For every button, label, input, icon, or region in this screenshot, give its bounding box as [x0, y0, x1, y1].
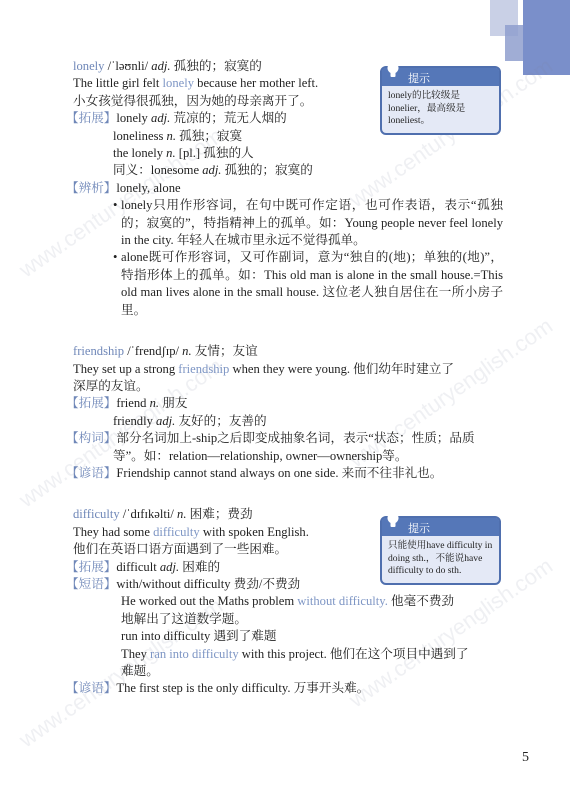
part-of-speech: n.: [167, 129, 176, 143]
meaning: [pl.] 孤独的人: [179, 146, 254, 160]
phrase-text: with/without difficulty 费劲/不费劲: [116, 577, 300, 591]
proverb-label: 【谚语】: [66, 681, 116, 695]
example-text: with this project. 他们在这个项目中遇到了: [239, 647, 469, 661]
example-text: He worked out the Maths problem: [121, 594, 297, 608]
extension-line: the lonely n. [pl.] 孤独的人: [73, 145, 503, 162]
extension-label: 【拓展】: [66, 111, 116, 125]
part-of-speech: n.: [177, 507, 186, 521]
tip-title: 提示: [408, 520, 430, 536]
highlighted-word: lonely: [163, 76, 194, 90]
headword: lonely: [73, 59, 104, 73]
analysis-label: 【辨析】: [66, 181, 116, 195]
extension-line: 同义：lonesome adj. 孤独的；寂寞的: [73, 162, 503, 179]
proverb-line: 【谚语】Friendship cannot stand always on on…: [73, 465, 503, 482]
page-number: 5: [522, 750, 529, 766]
analysis-heading: lonely, alone: [116, 181, 180, 195]
analysis-line: 【辨析】lonely, alone: [73, 180, 503, 197]
example-text: 他毫不费劲: [388, 594, 454, 608]
extension-line: friendly adj. 友好的；友善的: [73, 413, 503, 430]
ext-word: friendly: [113, 414, 153, 428]
part-of-speech: adj.: [156, 414, 175, 428]
phrase-example: They ran into difficulty with this proje…: [73, 646, 503, 663]
pronunciation: /ˈfrendʃɪp/: [127, 344, 179, 358]
headword: difficulty: [73, 507, 120, 521]
ext-word: friend: [116, 396, 146, 410]
formation-line: 【构词】部分名词加上-ship之后即变成抽象名词，表示“状态；性质；品质: [73, 430, 503, 447]
meaning: 荒凉的；荒无人烟的: [173, 111, 286, 125]
ext-word: the lonely: [113, 146, 163, 160]
phrase-example: 地解出了这道数学题。: [73, 611, 503, 628]
headword: friendship: [73, 344, 124, 358]
meaning: 孤独的；寂寞的: [225, 163, 313, 177]
example-text: when they were young. 他们幼年时建立了: [229, 362, 454, 376]
tip-box: 提示 只能使用have difficulty in doing sth.，不能说…: [380, 516, 501, 585]
part-of-speech: n.: [150, 396, 159, 410]
tip-title: 提示: [408, 70, 430, 86]
lightbulb-icon: [386, 62, 400, 79]
extension-line: 【拓展】friend n. 朋友: [73, 395, 503, 412]
ext-word: 同义：lonesome: [113, 163, 199, 177]
phrase-label: 【短语】: [66, 577, 116, 591]
extension-label: 【拓展】: [66, 560, 116, 574]
highlighted-phrase: ran into difficulty: [150, 647, 239, 661]
meaning: 困难；费劲: [190, 507, 253, 521]
meaning: 孤独的；寂寞的: [174, 59, 262, 73]
meaning: 孤独；寂寞: [179, 129, 242, 143]
example-text: They set up a strong: [73, 362, 178, 376]
phrase-example: He worked out the Maths problem without …: [73, 593, 503, 610]
example-text: They: [121, 647, 150, 661]
proverb-label: 【谚语】: [66, 466, 116, 480]
highlighted-word: difficulty: [153, 525, 200, 539]
example-text: The little girl felt: [73, 76, 163, 90]
part-of-speech: adj.: [151, 111, 170, 125]
part-of-speech: adj.: [202, 163, 221, 177]
example-text: with spoken English.: [200, 525, 309, 539]
example-text: because her mother left.: [194, 76, 318, 90]
part-of-speech: adj.: [160, 560, 179, 574]
proverb-line: 【谚语】The first step is the only difficult…: [73, 680, 503, 697]
example-sentence: They set up a strong friendship when the…: [73, 361, 503, 378]
proverb-text: The first step is the only difficulty. 万…: [116, 681, 369, 695]
part-of-speech: n.: [182, 344, 191, 358]
example-translation: 深厚的友谊。: [73, 378, 503, 395]
tip-text: lonely的比较级是lonelier，最高级是loneliest。: [382, 86, 499, 133]
analysis-bullet: •alone既可作形容词，又可作副词，意为“独自的(地)；单独的(地)”，特指形…: [73, 249, 503, 319]
tip-text: 只能使用have difficulty in doing sth.，不能说hav…: [382, 536, 499, 583]
pronunciation: /ˈdɪfɪkəlti/: [123, 507, 174, 521]
ext-word: loneliness: [113, 129, 163, 143]
proverb-text: Friendship cannot stand always on one si…: [116, 466, 442, 480]
analysis-text: alone既可作形容词，又可作副词，意为“独自的(地)；单独的(地)”，特指形体…: [121, 250, 503, 316]
meaning: 朋友: [162, 396, 187, 410]
formation-line: 等”。如：relation—relationship, owner—owners…: [73, 448, 503, 465]
formation-text: 部分名词加上-ship之后即变成抽象名词，表示“状态；性质；品质: [116, 431, 474, 445]
analysis-text: lonely只用作形容词，在句中既可作定语，也可作表语，表示“孤独的；寂寞的”，…: [121, 198, 503, 247]
meaning: 友情；友谊: [195, 344, 258, 358]
example-text: They had some: [73, 525, 153, 539]
extension-label: 【拓展】: [66, 396, 116, 410]
pronunciation: /ˈləʊnli/: [108, 59, 149, 73]
highlighted-phrase: without difficulty.: [297, 594, 388, 608]
meaning: 困难的: [182, 560, 220, 574]
part-of-speech: n.: [166, 146, 175, 160]
meaning: 友好的；友善的: [178, 414, 266, 428]
lightbulb-icon: [386, 512, 400, 529]
bullet-icon: •: [113, 249, 121, 266]
tip-header: 提示: [382, 518, 499, 536]
analysis-bullet: •lonely只用作形容词，在句中既可作定语，也可作表语，表示“孤独的；寂寞的”…: [73, 197, 503, 249]
bullet-icon: •: [113, 197, 121, 214]
headword-line: friendship /ˈfrendʃɪp/ n. 友情；友谊: [73, 343, 503, 360]
vocabulary-page: lonely /ˈləʊnli/ adj. 孤独的；寂寞的 The little…: [73, 58, 503, 698]
formation-label: 【构词】: [66, 431, 116, 445]
highlighted-word: friendship: [178, 362, 229, 376]
ext-word: difficult: [116, 560, 156, 574]
phrase-example: 难题。: [73, 663, 503, 680]
ext-word: lonely: [116, 111, 147, 125]
tip-box: 提示 lonely的比较级是lonelier，最高级是loneliest。: [380, 66, 501, 135]
part-of-speech: adj.: [151, 59, 170, 73]
phrase-line: run into difficulty 遇到了难题: [73, 628, 503, 645]
tip-header: 提示: [382, 68, 499, 86]
